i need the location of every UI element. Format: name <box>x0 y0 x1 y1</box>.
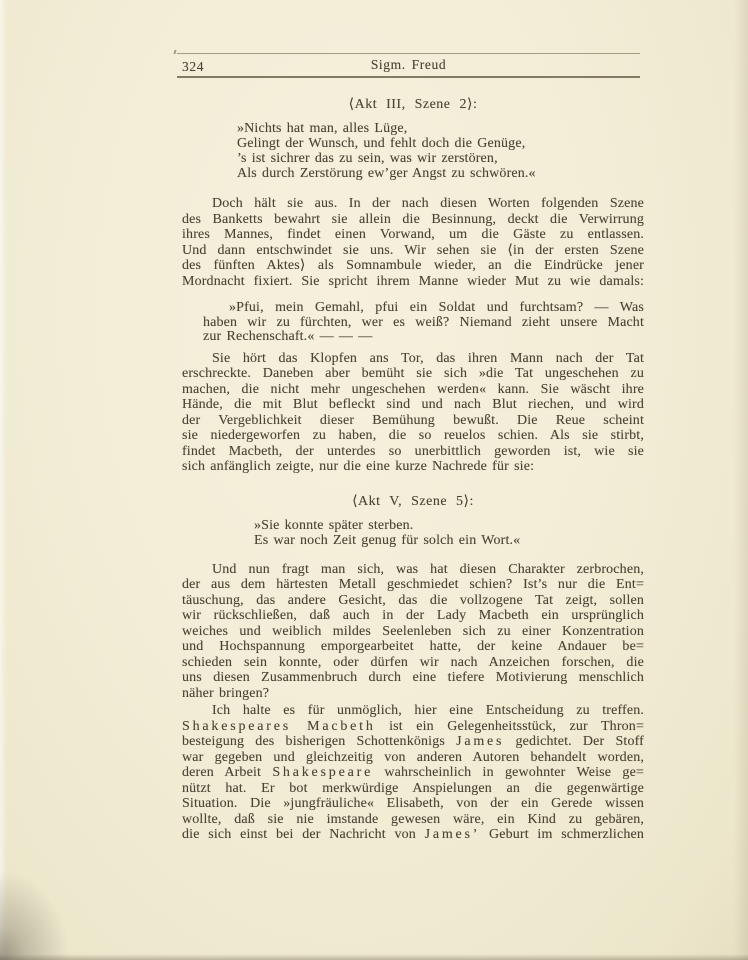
text-segment: Geburt im schmerzlichen <box>480 827 644 842</box>
text-segment: ist ein Gelegenheitsstück, zur Thron= <box>376 719 644 734</box>
text-line: Und dann entschwindet sie uns. Wir sehen… <box>182 243 644 259</box>
scanned-book-page: 324 Sigm. Freud ⟨Akt III, Szene 2⟩:»Nich… <box>0 0 748 960</box>
text-line: ihres Mannes, findet einen Vorwand, um d… <box>182 227 644 243</box>
running-title: Sigm. Freud <box>177 57 640 72</box>
text-line: machen, die nicht mehr ungeschehen werde… <box>182 382 644 398</box>
paragraph-block: Doch hält sie aus. In der nach diesen Wo… <box>182 196 644 289</box>
running-header: 324 Sigm. Freud <box>177 53 640 78</box>
text-line: uns diesen Zusammenbruch durch eine tief… <box>182 670 644 686</box>
text-line: Es war noch Zeit genug für solch ein Wor… <box>254 533 644 548</box>
text-line: war gegeben und gleichzeitig von anderen… <box>182 750 644 766</box>
text-line: die sich einst bei der Nachricht von Jam… <box>182 827 644 843</box>
text-line: besteigung des bisherigen Schottenkönigs… <box>182 734 644 750</box>
page-text-column: ⟨Akt III, Szene 2⟩:»Nichts hat man, alle… <box>182 97 644 843</box>
text-line: Hände, die mit Blut befleckt sind und na… <box>182 397 644 413</box>
text-line: »Sie konnte später sterben. <box>254 518 644 533</box>
letterspaced-name: Shakespeares Macbeth <box>182 719 376 734</box>
text-line: und Hochspannung emporgearbeitet hatte, … <box>182 639 644 655</box>
text-segment: die sich einst bei der Nachricht von <box>182 827 425 842</box>
text-line: täuschung, das andere Gesicht, das die v… <box>182 593 644 609</box>
text-line: »Nichts hat man, alles Lüge, <box>237 121 644 136</box>
text-line: des Banketts bewahrt sie allein die Besi… <box>182 212 644 228</box>
text-line: sich anfänglich zeigte, nur die eine kur… <box>182 459 644 475</box>
text-line: wollte, daß sie nie imstande gewesen wär… <box>182 812 644 828</box>
paragraph-block: Sie hört das Klopfen ans Tor, das ihren … <box>182 351 644 475</box>
text-line: Mordnacht fixiert. Sie spricht ihrem Man… <box>182 274 644 290</box>
text-line: Und nun fragt man sich, was hat diesen C… <box>182 562 644 578</box>
text-line: Sie hört das Klopfen ans Tor, das ihren … <box>182 351 644 367</box>
scene-heading: ⟨Akt V, Szene 5⟩: <box>182 494 644 510</box>
text-line: »Pfui, mein Gemahl, pfui ein Soldat und … <box>203 301 644 316</box>
page-number: 324 <box>182 59 204 74</box>
text-segment: deren Arbeit <box>182 765 272 780</box>
text-segment: besteigung des bisherigen Schottenkönigs <box>182 734 456 749</box>
verse-block: »Nichts hat man, alles Lüge,Gelingt der … <box>237 121 644 181</box>
text-line: zur Rechenschaft.« — — — <box>203 330 644 345</box>
letterspaced-name: Shakespeare <box>272 765 373 780</box>
text-line: näher bringen? <box>182 686 644 702</box>
paragraph-block: Und nun fragt man sich, was hat diesen C… <box>182 562 644 702</box>
letterspaced-name: James <box>456 734 504 749</box>
text-line: Shakespeares Macbeth ist ein Gelegenheit… <box>182 719 644 735</box>
text-line: nützt hat. Er bot merkwürdige Anspielung… <box>182 781 644 797</box>
text-segment: wahrscheinlich in gewohnter Weise ge= <box>373 765 644 780</box>
scene-heading: ⟨Akt III, Szene 2⟩: <box>182 97 644 113</box>
verse-block: »Sie konnte später sterben.Es war noch Z… <box>254 518 644 548</box>
text-line: Ich halte es für unmöglich, hier eine En… <box>182 703 644 719</box>
text-line: des fünften Aktes⟩ als Somnambule wieder… <box>182 258 644 274</box>
text-line: erschreckte. Daneben aber bemüht sie sic… <box>182 366 644 382</box>
text-line: sie niedergeworfen zu haben, die so reue… <box>182 428 644 444</box>
text-line: Doch hält sie aus. In der nach diesen Wo… <box>182 196 644 212</box>
text-line: schieden sein konnte, oder dürfen wir na… <box>182 655 644 671</box>
paragraph-block: Ich halte es für unmöglich, hier eine En… <box>182 703 644 843</box>
text-line: Gelingt der Wunsch, und fehlt doch die G… <box>237 136 644 151</box>
text-line: weiches und weiblich mildes Seelenleben … <box>182 624 644 640</box>
text-line: wir rückschließen, daß auch in der Lady … <box>182 608 644 624</box>
text-line: der aus dem härtesten Metall geschmiedet… <box>182 577 644 593</box>
letterspaced-name: James’ <box>425 827 481 842</box>
text-line: Als durch Zerstörung ew’ger Angst zu sch… <box>237 166 644 181</box>
text-line: haben wir zu fürchten, wer es weiß? Niem… <box>203 316 644 331</box>
text-line: deren Arbeit Shakespeare wahrscheinlich … <box>182 765 644 781</box>
quote-block: »Pfui, mein Gemahl, pfui ein Soldat und … <box>203 301 644 345</box>
text-line: der Vergeblichkeit dieser Bemühung bewuß… <box>182 413 644 429</box>
text-line: findet Macbeth, der unterdes so unerbitt… <box>182 444 644 460</box>
text-line: ’s ist sichrer das zu sein, was wir zers… <box>237 151 644 166</box>
text-segment: gedichtet. Der Stoff <box>504 734 644 749</box>
text-line: Situation. Die »jungfräuliche« Elisabeth… <box>182 796 644 812</box>
